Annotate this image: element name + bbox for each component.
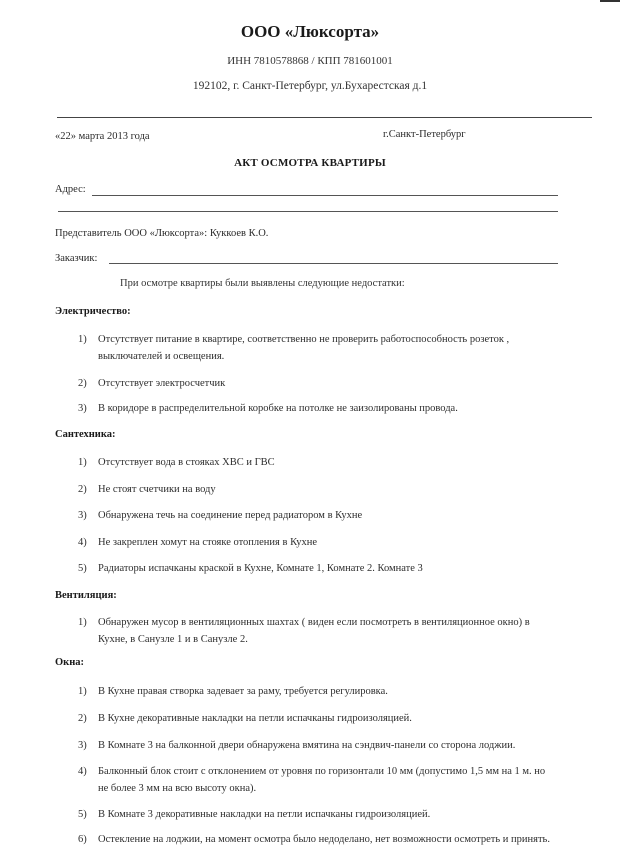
item-number: 1) xyxy=(78,331,98,348)
item-number: 4) xyxy=(78,763,98,780)
item-number: 1) xyxy=(78,614,98,631)
customer-label: Заказчик: xyxy=(55,253,97,264)
address-label: Адрес: xyxy=(55,184,86,195)
item-number: 2) xyxy=(78,481,98,498)
item-text-line: Радиаторы испачканы краской в Кухне, Ком… xyxy=(98,560,423,577)
item-text-line: В Кухне декоративные накладки на петли и… xyxy=(98,710,412,727)
address-line-2 xyxy=(58,211,558,212)
item-text: В коридоре в распределительной коробке н… xyxy=(98,400,458,417)
item-text-line: В коридоре в распределительной коробке н… xyxy=(98,400,458,417)
item-number: 4) xyxy=(78,534,98,551)
item-text-line: В Кухне правая створка задевает за раму,… xyxy=(98,683,388,700)
item-text: Отсутствует питание в квартире, соответс… xyxy=(98,331,509,365)
item-number: 2) xyxy=(78,375,98,392)
company-name: ООО «Люксорта» xyxy=(0,22,620,42)
item-number: 6) xyxy=(78,831,98,848)
section-title: Сантехника: xyxy=(55,429,115,440)
item-text: Обнаружен мусор в вентиляционных шахтах … xyxy=(98,614,530,648)
section-title: Электричество: xyxy=(55,306,131,317)
item-text-line: Обнаружен мусор в вентиляционных шахтах … xyxy=(98,614,530,631)
item-text: Не стоят счетчики на воду xyxy=(98,481,216,498)
item-text: В Кухне декоративные накладки на петли и… xyxy=(98,710,412,727)
header-divider xyxy=(57,117,592,118)
item-number: 3) xyxy=(78,507,98,524)
representative-field: Представитель ООО «Люксорта»: Куккоев К.… xyxy=(55,228,268,239)
document-title: АКТ ОСМОТРА КВАРТИРЫ xyxy=(0,157,620,169)
item-text-line: Не закреплен хомут на стояке отопления в… xyxy=(98,534,317,551)
document-city: г.Санкт-Петербург xyxy=(383,129,466,140)
item-number: 1) xyxy=(78,454,98,471)
item-text-line: Остекление на лоджии, на момент осмотра … xyxy=(98,831,550,848)
item-number: 1) xyxy=(78,683,98,700)
item-text: Балконный блок стоит с отклонением от ур… xyxy=(98,763,545,797)
item-text-line: выключателей и освещения. xyxy=(98,348,509,365)
item-text: Не закреплен хомут на стояке отопления в… xyxy=(98,534,317,551)
item-text: Отсутствует электросчетчик xyxy=(98,375,225,392)
customer-line xyxy=(109,263,558,264)
inn-kpp: ИНН 7810578868 / КПП 781601001 xyxy=(0,55,620,67)
company-address: 192102, г. Санкт-Петербург, ул.Бухарестс… xyxy=(0,80,620,92)
item-text-line: Отсутствует электросчетчик xyxy=(98,375,225,392)
item-number: 5) xyxy=(78,806,98,823)
item-number: 5) xyxy=(78,560,98,577)
item-text-line: не более 3 мм на всю высоту окна). xyxy=(98,780,545,797)
item-text: В Комнате 3 на балконной двери обнаружен… xyxy=(98,737,515,754)
address-line-1 xyxy=(92,195,558,196)
item-text-line: Не стоят счетчики на воду xyxy=(98,481,216,498)
item-text-line: Балконный блок стоит с отклонением от ур… xyxy=(98,763,545,780)
section-title: Окна: xyxy=(55,657,84,668)
section-title: Вентиляция: xyxy=(55,590,117,601)
inspection-act-document: ООО «Люксорта» ИНН 7810578868 / КПП 7816… xyxy=(0,0,620,868)
item-text: В Кухне правая створка задевает за раму,… xyxy=(98,683,388,700)
item-number: 2) xyxy=(78,710,98,727)
item-text-line: Кухне, в Санузле 1 и в Санузле 2. xyxy=(98,631,530,648)
item-text: Отсутствует вода в стояках ХВС и ГВС xyxy=(98,454,275,471)
item-text-line: Отсутствует вода в стояках ХВС и ГВС xyxy=(98,454,275,471)
item-text: В Комнате 3 декоративные накладки на пет… xyxy=(98,806,430,823)
item-text: Обнаружена течь на соединение перед ради… xyxy=(98,507,362,524)
item-text: Радиаторы испачканы краской в Кухне, Ком… xyxy=(98,560,423,577)
item-text-line: В Комнате 3 на балконной двери обнаружен… xyxy=(98,737,515,754)
scan-corner-mark xyxy=(600,0,620,2)
item-text-line: Обнаружена течь на соединение перед ради… xyxy=(98,507,362,524)
intro-text: При осмотре квартиры были выявлены следу… xyxy=(120,278,405,289)
document-date: «22» марта 2013 года xyxy=(55,131,150,142)
item-text-line: В Комнате 3 декоративные накладки на пет… xyxy=(98,806,430,823)
item-text: Остекление на лоджии, на момент осмотра … xyxy=(98,831,550,848)
item-number: 3) xyxy=(78,400,98,417)
item-text-line: Отсутствует питание в квартире, соответс… xyxy=(98,331,509,348)
item-number: 3) xyxy=(78,737,98,754)
